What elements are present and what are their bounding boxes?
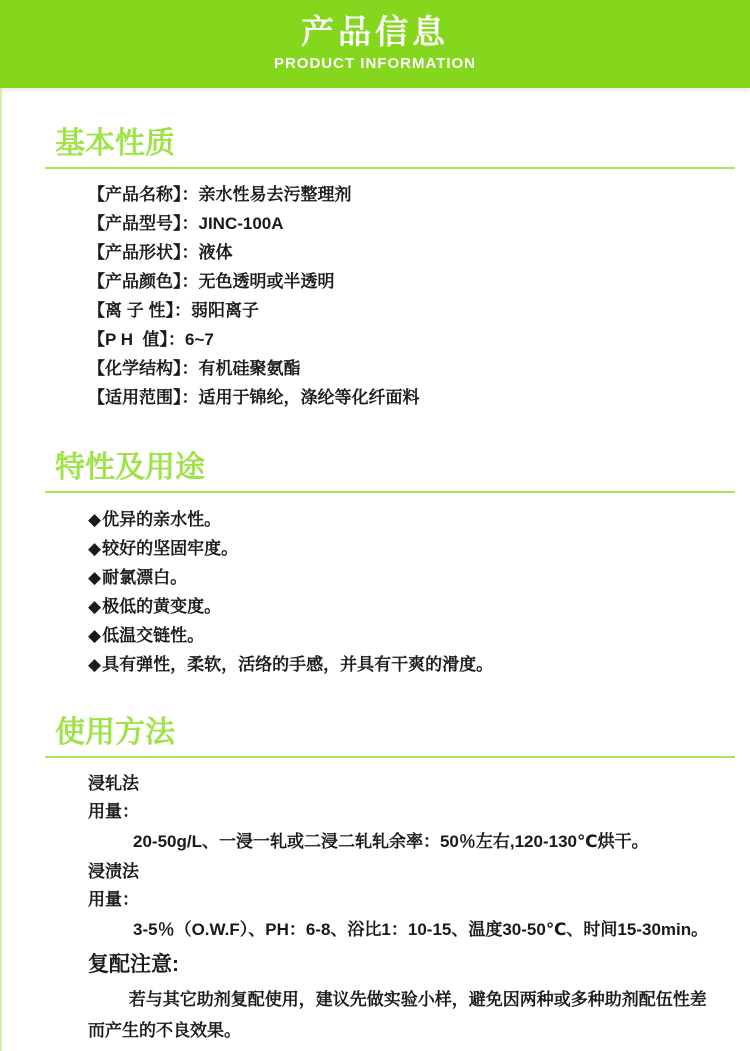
feature-text: 较好的坚固牢度。	[102, 539, 238, 558]
property-row-form: 【产品形状】：液体	[88, 238, 750, 267]
property-label: 【离 子 性】：	[88, 301, 191, 320]
section-heading-usage: 使用方法	[55, 713, 750, 753]
usage-method-dip-label: 浸渍法	[88, 858, 710, 886]
property-label: 【产品形状】：	[88, 243, 199, 262]
property-label: 【化学结构】：	[88, 359, 199, 378]
property-value: 亲水性易去污整理剂	[199, 185, 352, 204]
feature-text: 极低的黄变度。	[102, 597, 221, 616]
section-heading-features: 特性及用途	[55, 448, 750, 488]
diamond-bullet-icon: ◆	[88, 655, 101, 674]
property-label: 【P H 值】：	[88, 330, 185, 349]
property-row-color: 【产品颜色】：无色透明或半透明	[88, 267, 750, 296]
usage-method-pad-label: 浸轧法	[88, 770, 710, 798]
feature-list: ◆优异的亲水性。 ◆较好的坚固牢度。 ◆耐氯漂白。 ◆极低的黄变度。 ◆低温交链…	[88, 505, 750, 679]
property-row-scope: 【适用范围】：适用于锦纶，涤纶等化纤面料	[88, 383, 750, 412]
property-label: 【产品名称】：	[88, 185, 199, 204]
property-row-name: 【产品名称】：亲水性易去污整理剂	[88, 180, 750, 209]
usage-compounding-note-text: 若与其它助剂复配使用，建议先做实验小样，避免因两种或多种助剂配伍性差而产生的不良…	[88, 984, 718, 1046]
section-basic-properties: 基本性质 【产品名称】：亲水性易去污整理剂 【产品型号】：JINC-100A 【…	[0, 88, 750, 412]
banner-title: 产品信息	[0, 13, 750, 51]
banner-subtitle: PRODUCT INFORMATION	[0, 54, 750, 74]
left-accent-line	[0, 88, 2, 1051]
property-value: 弱阳离子	[191, 301, 259, 320]
diamond-bullet-icon: ◆	[88, 539, 101, 558]
feature-text: 具有弹性，柔软，活络的手感，并具有干爽的滑度。	[102, 655, 493, 674]
property-label: 【产品型号】：	[88, 214, 199, 233]
section-features-uses: 特性及用途 ◆优异的亲水性。 ◆较好的坚固牢度。 ◆耐氯漂白。 ◆极低的黄变度。…	[0, 412, 750, 679]
property-list: 【产品名称】：亲水性易去污整理剂 【产品型号】：JINC-100A 【产品形状】…	[88, 180, 750, 412]
property-label: 【适用范围】：	[88, 388, 199, 407]
property-value: 无色透明或半透明	[199, 272, 335, 291]
property-row-chemical-structure: 【化学结构】：有机硅聚氨酯	[88, 354, 750, 383]
feature-text: 优异的亲水性。	[102, 510, 221, 529]
section-rule	[45, 167, 735, 169]
usage-compounding-note-heading: 复配注意:	[88, 948, 710, 982]
feature-item: ◆具有弹性，柔软，活络的手感，并具有干爽的滑度。	[88, 650, 750, 679]
feature-item: ◆优异的亲水性。	[88, 505, 750, 534]
section-rule	[45, 491, 735, 493]
diamond-bullet-icon: ◆	[88, 626, 101, 645]
property-label: 【产品颜色】：	[88, 272, 199, 291]
section-usage-method: 使用方法 浸轧法 用量： 20-50g/L、一浸一轧或二浸二轧轧余率：50％左右…	[0, 679, 750, 1046]
diamond-bullet-icon: ◆	[88, 568, 101, 587]
section-rule	[45, 756, 735, 758]
feature-text: 耐氯漂白。	[102, 568, 187, 587]
property-value: 液体	[199, 243, 233, 262]
feature-item: ◆较好的坚固牢度。	[88, 534, 750, 563]
usage-dosage-label: 用量：	[88, 798, 710, 826]
feature-text: 低温交链性。	[102, 626, 204, 645]
diamond-bullet-icon: ◆	[88, 510, 101, 529]
usage-pad-dosage-detail: 20-50g/L、一浸一轧或二浸二轧轧余率：50％左右,120-130℃烘干。	[88, 826, 710, 858]
usage-dosage-label: 用量：	[88, 886, 710, 914]
property-row-ph: 【P H 值】：6~7	[88, 325, 750, 354]
property-value: JINC-100A	[199, 214, 284, 233]
property-row-model: 【产品型号】：JINC-100A	[88, 209, 750, 238]
feature-item: ◆极低的黄变度。	[88, 592, 750, 621]
usage-body: 浸轧法 用量： 20-50g/L、一浸一轧或二浸二轧轧余率：50％左右,120-…	[88, 770, 710, 1046]
feature-item: ◆低温交链性。	[88, 621, 750, 650]
property-value: 适用于锦纶，涤纶等化纤面料	[199, 388, 420, 407]
product-info-banner: 产品信息 PRODUCT INFORMATION	[0, 0, 750, 88]
feature-item: ◆耐氯漂白。	[88, 563, 750, 592]
property-value: 有机硅聚氨酯	[199, 359, 301, 378]
usage-dip-dosage-detail: 3-5％（O.W.F）、PH：6-8、浴比1：10-15、温度30-50℃、时间…	[88, 914, 710, 946]
property-value: 6~7	[185, 330, 214, 349]
property-row-ionicity: 【离 子 性】：弱阳离子	[88, 296, 750, 325]
section-heading-basic: 基本性质	[55, 124, 750, 164]
diamond-bullet-icon: ◆	[88, 597, 101, 616]
